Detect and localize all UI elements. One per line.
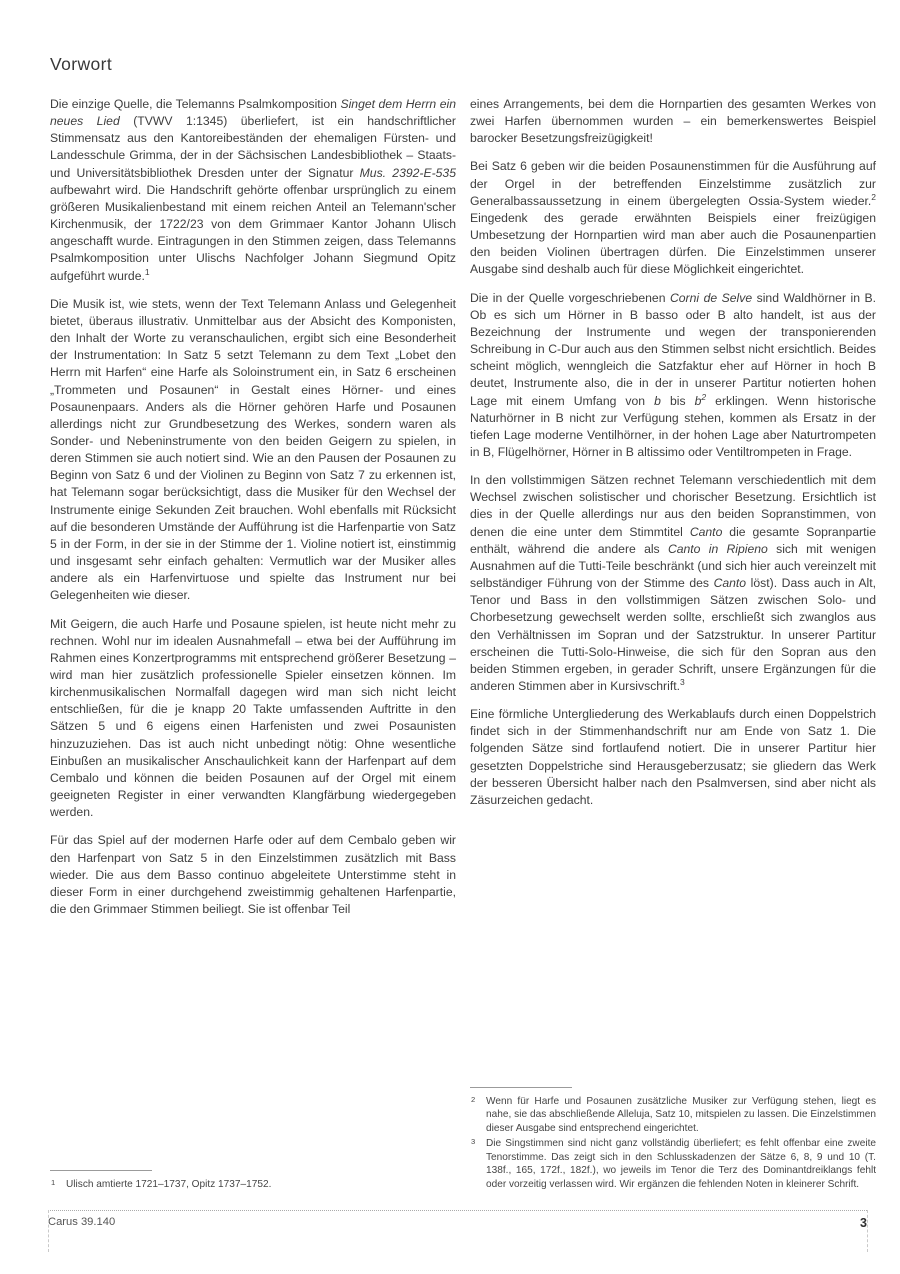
paragraph: eines Arrangements, bei dem die Hornpart… bbox=[470, 96, 876, 147]
footer-publisher: Carus 39.140 bbox=[48, 1216, 115, 1228]
paragraph: Für das Spiel auf der modernen Harfe ode… bbox=[50, 832, 456, 918]
footnote-number: 1 bbox=[51, 1176, 55, 1190]
footnote-number: 2 bbox=[471, 1093, 475, 1107]
paragraph: Die einzige Quelle, die Telemanns Psalmk… bbox=[50, 96, 456, 285]
footnote-text: Wenn für Harfe und Posaunen zusätzliche … bbox=[486, 1096, 876, 1134]
text-columns: Die einzige Quelle, die Telemanns Psalmk… bbox=[50, 96, 877, 1193]
right-footnotes: 2 Wenn für Harfe und Posaunen zusätzlich… bbox=[470, 1087, 876, 1194]
paragraph: Die Musik ist, wie stets, wenn der Text … bbox=[50, 296, 456, 605]
footnote: 2 Wenn für Harfe und Posaunen zusätzlich… bbox=[470, 1095, 876, 1136]
footnote-text: Die Singstimmen sind nicht ganz vollstän… bbox=[486, 1138, 876, 1190]
footer-page-number: 3 bbox=[860, 1216, 867, 1230]
footnote-separator bbox=[470, 1087, 572, 1088]
footnote-separator bbox=[50, 1170, 152, 1171]
footnote-text: Ulisch amtierte 1721–1737, Opitz 1737–17… bbox=[66, 1179, 271, 1190]
right-column: eines Arrangements, bei dem die Hornpart… bbox=[470, 96, 876, 1193]
document-page: Vorwort Die einzige Quelle, die Telemann… bbox=[0, 0, 900, 1274]
crop-mark bbox=[48, 1210, 49, 1252]
paragraph: Eine förmliche Untergliederung des Werka… bbox=[470, 706, 876, 809]
paragraph: In den vollstimmigen Sätzen rechnet Tele… bbox=[470, 472, 876, 695]
left-footnotes: 1 Ulisch amtierte 1721–1737, Opitz 1737–… bbox=[50, 1170, 456, 1194]
footnote: 1 Ulisch amtierte 1721–1737, Opitz 1737–… bbox=[50, 1178, 456, 1192]
footnote-number: 3 bbox=[471, 1135, 475, 1149]
crop-mark bbox=[867, 1210, 868, 1252]
footer: Carus 39.140 3 bbox=[48, 1210, 867, 1230]
left-column: Die einzige Quelle, die Telemanns Psalmk… bbox=[50, 96, 456, 1193]
paragraph: Bei Satz 6 geben wir die beiden Posaunen… bbox=[470, 158, 876, 278]
footnote: 3 Die Singstimmen sind nicht ganz vollst… bbox=[470, 1137, 876, 1191]
paragraph: Die in der Quelle vorgeschriebenen Corni… bbox=[470, 290, 876, 462]
page-title: Vorwort bbox=[50, 54, 112, 75]
paragraph: Mit Geigern, die auch Harfe und Posaune … bbox=[50, 616, 456, 822]
